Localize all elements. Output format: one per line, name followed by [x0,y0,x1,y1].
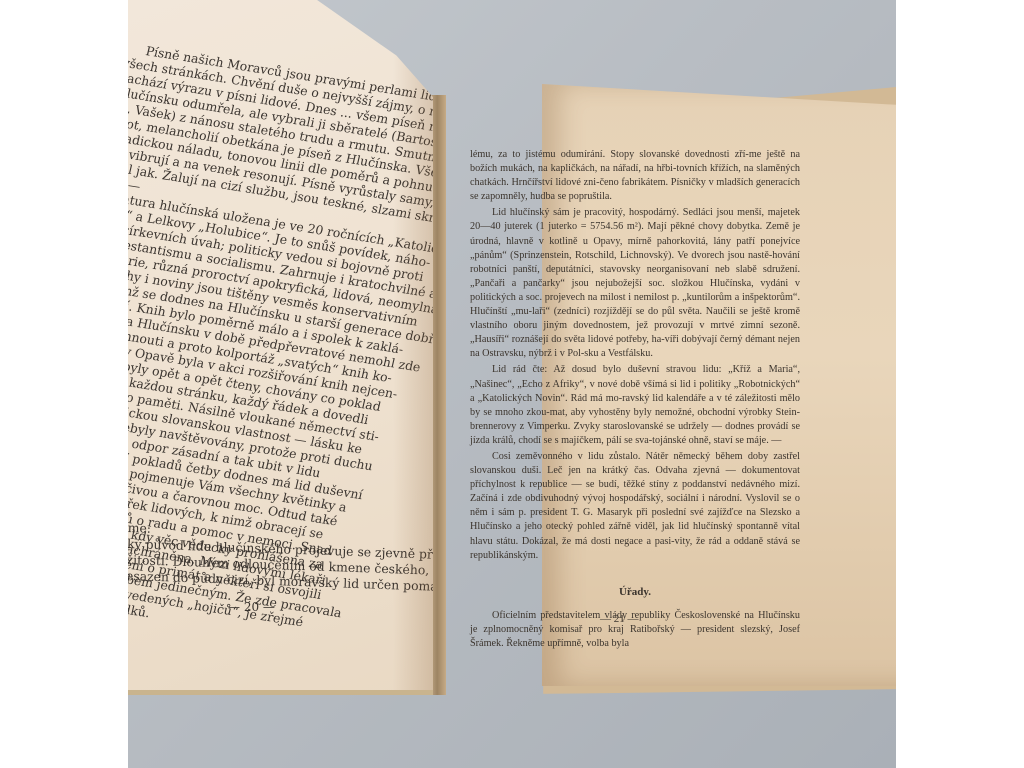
page-number-left: — 20 — [228,600,275,614]
page-number-right: — 21 — [600,613,639,625]
right-page-text: lému, za to jistému odumírání. Stopy slo… [470,148,800,651]
paragraph: Lid rád čte: Až dosud bylo duševní strav… [470,363,800,448]
left-page-bottom-text: me:ký původ lidu hlučínského projevuje s… [128,520,428,594]
paragraph: lému, za to jistému odumírání. Stopy slo… [470,148,800,204]
paragraph: Cosi zeměvonného v lidu zůstalo. Nátěr n… [470,450,800,563]
left-page-edge [128,690,433,695]
left-page: Písně našich Moravců jsou pravými perlam… [128,0,433,694]
section-heading: Úřady. [470,585,800,599]
paragraph: Lid hlučínský sám je pracovitý, hospodár… [470,206,800,361]
